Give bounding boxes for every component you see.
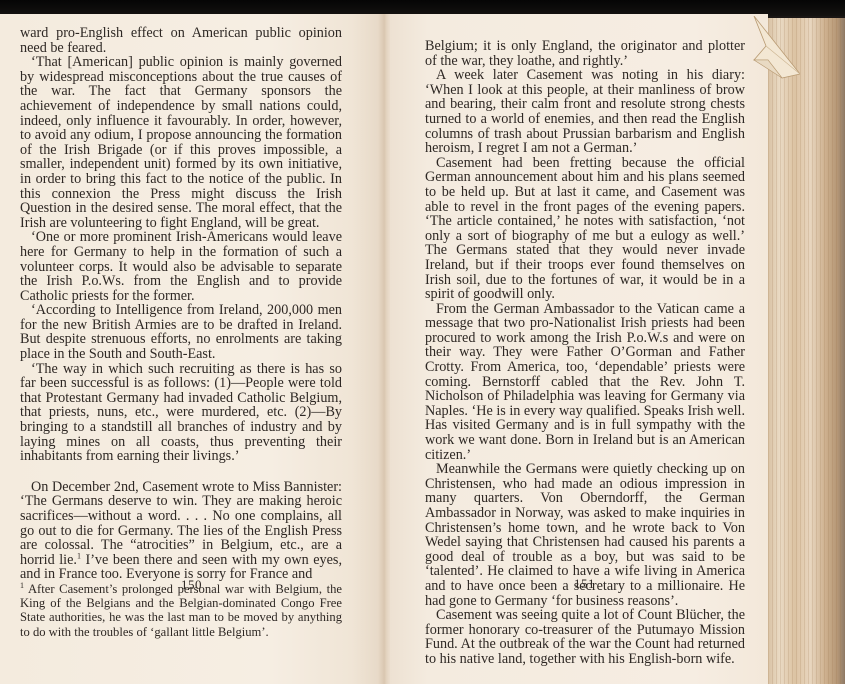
paragraph: Casement was seeing quite a lot of Count…: [425, 608, 745, 666]
paragraph: Belgium; it is only England, the origina…: [425, 39, 745, 68]
page-edges-stack: [768, 18, 845, 684]
paragraph: ‘That [American] public opinion is mainl…: [20, 55, 342, 230]
paragraph: From the German Ambassador to the Vatica…: [425, 302, 745, 463]
footnote-marker: 1: [20, 581, 24, 590]
paragraph: Casement had been fretting because the o…: [425, 156, 745, 302]
page-number-right: 151: [574, 576, 595, 592]
left-page-body: ward pro-English effect on American publ…: [20, 26, 342, 639]
paragraph: ‘The way in which such recruiting as the…: [20, 362, 342, 464]
paragraph: A week later Casement was noting in his …: [425, 68, 745, 156]
paragraph: ‘One or more prominent Irish-Americans w…: [20, 230, 342, 303]
paragraph: ‘According to Intelligence from Ireland,…: [20, 303, 342, 361]
page-number-left: 150: [181, 577, 202, 593]
paragraph: ward pro-English effect on American publ…: [20, 26, 342, 55]
dog-ear-corner-icon: [752, 16, 800, 84]
paragraph-with-footnote-ref: On December 2nd, Casement wrote to Miss …: [20, 480, 342, 582]
right-page-body: Belgium; it is only England, the origina…: [425, 39, 745, 667]
